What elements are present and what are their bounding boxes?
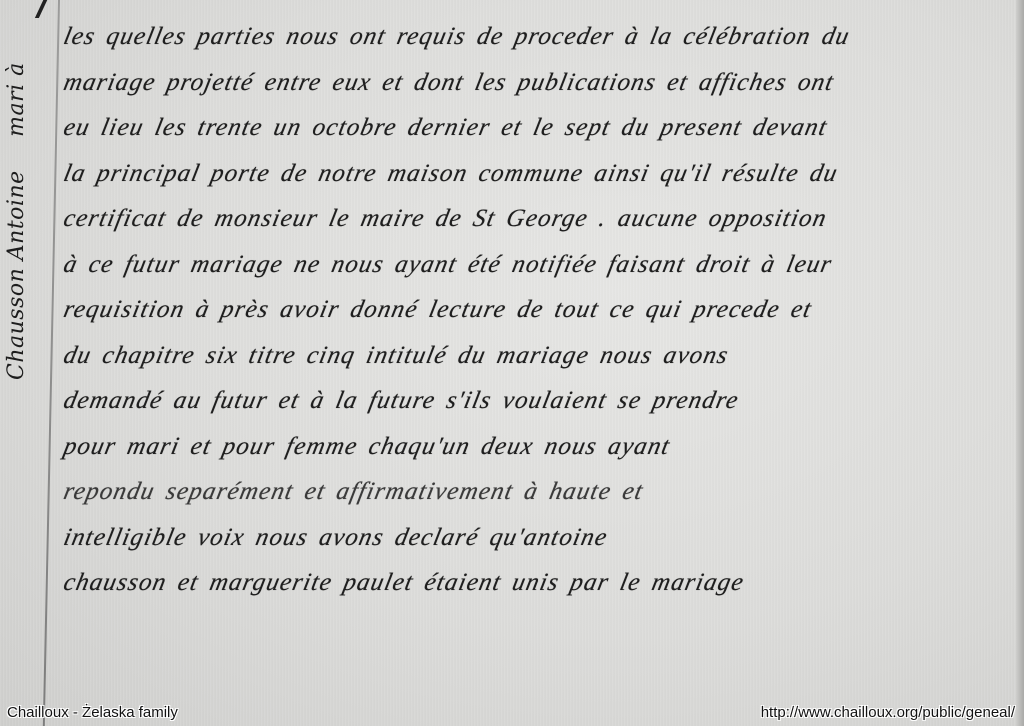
footer-family-caption: Chailloux - Żelaska family: [7, 704, 178, 721]
manuscript-body: les quelles parties nous ont requis de p…: [64, 14, 1004, 606]
manuscript-line: intelligible voix nous avons declaré qu'…: [59, 515, 1009, 561]
page-edge-shadow: [1016, 0, 1024, 726]
manuscript-line: pour mari et pour femme chaqu'un deux no…: [59, 424, 1009, 470]
manuscript-line: demandé au futur et à la future s'ils vo…: [59, 378, 1009, 424]
manuscript-line: du chapitre six titre cinq intitulé du m…: [59, 333, 1009, 379]
manuscript-line: les quelles parties nous ont requis de p…: [59, 14, 1009, 60]
margin-annotation-note: mari à: [4, 62, 29, 137]
margin-annotation-name: Chausson Antoine: [4, 170, 29, 380]
margin-rule-line: [43, 0, 60, 726]
manuscript-line: à ce futur mariage ne nous ayant été not…: [59, 242, 1009, 288]
manuscript-line: chausson et marguerite paulet étaient un…: [59, 560, 1009, 606]
margin-ink-mark: [25, 0, 49, 18]
manuscript-line: repondu separément et affirmativement à …: [59, 469, 1009, 515]
scanned-register-page: Chausson Antoine mari à les quelles part…: [0, 0, 1024, 726]
manuscript-line: certificat de monsieur le maire de St Ge…: [59, 196, 1009, 242]
manuscript-line: eu lieu les trente un octobre dernier et…: [59, 105, 1009, 151]
footer-source-url: http://www.chailloux.org/public/geneal/: [761, 704, 1015, 721]
manuscript-line: requisition à près avoir donné lecture d…: [59, 287, 1009, 333]
manuscript-line: mariage projetté entre eux et dont les p…: [59, 60, 1009, 106]
margin-annotation: Chausson Antoine mari à: [4, 62, 29, 380]
manuscript-line: la principal porte de notre maison commu…: [59, 151, 1009, 197]
